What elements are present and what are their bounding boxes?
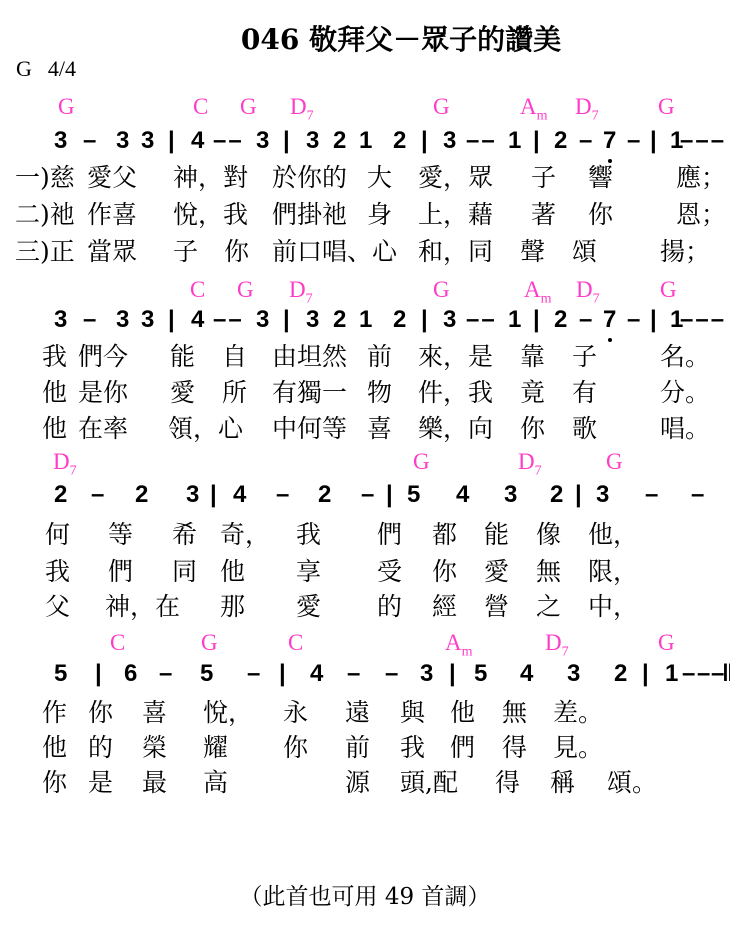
lyric-text: 奇，: [220, 521, 270, 550]
note-digit: 1: [508, 127, 523, 156]
note-digit: 2: [135, 481, 150, 510]
key-letter: G: [16, 56, 32, 81]
bar-line: |: [210, 481, 217, 510]
note-digit: 3: [141, 127, 156, 156]
note-digit: 5: [200, 660, 215, 689]
lyric-text: 在率: [78, 415, 128, 444]
lyric-text: 作: [42, 699, 67, 728]
lyric-text: 一)慈: [15, 164, 75, 193]
lyric-text: 源: [345, 769, 370, 798]
note-digit: 1: [508, 306, 523, 335]
note-digit: 3: [596, 481, 611, 510]
lyric-text: 你: [88, 699, 113, 728]
note-digit: 3: [306, 127, 321, 156]
lyric-text: 無: [536, 558, 561, 587]
lyric-text: 受: [377, 558, 402, 587]
chord-symbol: G: [201, 631, 218, 654]
lyric-text: 永: [283, 699, 308, 728]
lyric-text: 你: [588, 201, 613, 230]
note-digit: ––: [466, 306, 497, 335]
lyric-text: 你: [432, 558, 457, 587]
lyric-text: 喜: [367, 415, 392, 444]
lyric-text: 響: [588, 164, 613, 193]
lyric-text: 領，心: [168, 415, 243, 444]
lyric-text: 子: [531, 164, 556, 193]
lyric-text: 們: [450, 734, 475, 763]
lyric-text: 由坦然: [272, 343, 347, 372]
lyric-text: 他: [42, 415, 67, 444]
lyric-text: 靠: [520, 343, 545, 372]
note-digit: –: [579, 127, 594, 156]
lyric-text: 你: [42, 769, 67, 798]
bar-line: |: [168, 306, 175, 335]
chord-symbol: G: [433, 278, 450, 301]
note-digit: 5: [54, 660, 69, 689]
bar-line: |: [421, 127, 428, 156]
chord-symbol: Am: [445, 631, 473, 654]
bar-line: |: [283, 127, 290, 156]
note-digit: –: [159, 660, 174, 689]
note-digit: 2: [554, 127, 569, 156]
lyric-text: 們今: [78, 343, 128, 372]
lyric-text: 恩；: [676, 201, 726, 230]
lyric-text: 他: [42, 379, 67, 408]
lyric-text: 中何等: [272, 415, 347, 444]
note-digit: –: [83, 306, 98, 335]
chord-symbol: D7: [290, 95, 314, 118]
bar-line: |: [421, 306, 428, 335]
lyric-text: 前: [345, 734, 370, 763]
note-digit: –: [361, 481, 376, 510]
chord-symbol: C: [193, 95, 208, 118]
note-digit: 1: [665, 660, 680, 689]
bar-line: |: [575, 481, 582, 510]
note-digit: –: [91, 481, 106, 510]
note-digit: 6: [124, 660, 139, 689]
note-digit: 7: [603, 127, 618, 156]
lyric-text: 前: [367, 343, 392, 372]
lyric-text: 們: [377, 521, 402, 550]
note-digit: 2: [393, 127, 408, 156]
note-digit: 4: [520, 660, 535, 689]
lyric-text: 身: [367, 201, 392, 230]
note-digit: –: [347, 660, 362, 689]
lyric-text: 三)正: [15, 238, 75, 267]
chord-symbol: G: [413, 450, 430, 473]
chord-symbol: D7: [518, 450, 542, 473]
lyric-text: 悅，我: [173, 201, 248, 230]
lyric-text: 耀: [203, 734, 228, 763]
note-digit: –: [627, 127, 642, 156]
lyric-text: 等: [108, 521, 133, 550]
lyric-text: 你: [283, 734, 308, 763]
chord-symbol: Am: [520, 95, 548, 118]
lyric-text: 能: [170, 343, 195, 372]
note-digit: –: [579, 306, 594, 335]
note-digit: 2: [333, 127, 348, 156]
note-digit: 1: [359, 127, 374, 156]
lyric-text: 都: [432, 521, 457, 550]
lyric-text: 經: [432, 593, 457, 622]
note-digit: 7: [603, 306, 618, 335]
lyric-text: 愛父: [87, 164, 137, 193]
bar-line: |: [533, 127, 540, 156]
lyric-text: 上，藉: [418, 201, 493, 230]
lyric-text: 應；: [676, 164, 726, 193]
lyric-text: 前口唱、心: [272, 238, 397, 267]
bar-line: |: [283, 306, 290, 335]
lyric-text: 頌。: [607, 769, 657, 798]
lyric-text: 的: [88, 734, 113, 763]
lyric-text: 歌: [572, 415, 597, 444]
note-digit: 3: [420, 660, 435, 689]
lyric-text: 有: [572, 379, 597, 408]
lyric-text: 他，: [588, 521, 638, 550]
note-digit: 3: [256, 306, 271, 335]
chord-symbol: D7: [576, 278, 600, 301]
note-digit: 3: [306, 306, 321, 335]
lyric-text: 那: [220, 593, 245, 622]
chord-symbol: G: [237, 278, 254, 301]
lyric-text: 你: [224, 238, 249, 267]
lyric-text: 頭,配: [400, 769, 458, 798]
lyric-text: 能: [484, 521, 509, 550]
note-digit: –: [645, 481, 660, 510]
lyric-text: 喜: [142, 699, 167, 728]
chord-symbol: D7: [575, 95, 599, 118]
lyric-text: 父: [45, 593, 70, 622]
key-signature: G4/4: [16, 56, 76, 82]
note-digit: 2: [318, 481, 333, 510]
lyric-text: 分。: [660, 379, 710, 408]
song-title: 046 敬拜父－眾子的讚美: [241, 18, 561, 58]
lyric-text: 神，對: [173, 164, 248, 193]
lyric-text: 聲: [520, 238, 545, 267]
lyric-text: 二)祂: [15, 201, 75, 230]
note-digit: 3: [443, 127, 458, 156]
footer-note: （此首也可用 49 首調）: [0, 878, 730, 911]
lyric-text: 他: [42, 734, 67, 763]
lyric-text: 你: [520, 415, 545, 444]
lyric-text: 愛: [170, 379, 195, 408]
note-digit: –––: [680, 127, 726, 156]
chord-symbol: G: [658, 95, 675, 118]
note-digit: 3: [186, 481, 201, 510]
note-digit: 4: [310, 660, 325, 689]
chord-symbol: D7: [289, 278, 313, 301]
chord-symbol: G: [658, 631, 675, 654]
lyric-text: 所: [222, 379, 247, 408]
lyric-text: 得: [502, 734, 527, 763]
lyric-text: 自: [222, 343, 247, 372]
lyric-text: 於你的: [272, 164, 347, 193]
bar-line: |: [168, 127, 175, 156]
lyric-text: 我: [296, 521, 321, 550]
lyric-text: 像: [536, 521, 561, 550]
note-digit: 2: [393, 306, 408, 335]
lyric-text: 希: [172, 521, 197, 550]
note-digit: 2: [54, 481, 69, 510]
note-digit: 3: [256, 127, 271, 156]
note-digit: 2: [554, 306, 569, 335]
bar-line: |: [449, 660, 456, 689]
lyric-text: 何: [45, 521, 70, 550]
lyric-text: 限，: [588, 558, 638, 587]
lyric-text: 子: [572, 343, 597, 372]
lyric-text: 們掛祂: [272, 201, 347, 230]
note-digit: 3: [116, 127, 131, 156]
note-digit: 4: [233, 481, 248, 510]
lyric-text: 中，: [588, 593, 638, 622]
lyric-text: 最: [142, 769, 167, 798]
lyric-text: 我: [400, 734, 425, 763]
lyric-text: 稱: [550, 769, 575, 798]
lyric-text: 遠: [345, 699, 370, 728]
chord-symbol: G: [660, 278, 677, 301]
bar-line: |: [650, 127, 657, 156]
note-digit: 3: [567, 660, 582, 689]
lyric-text: 無: [502, 699, 527, 728]
lyric-text: 得: [495, 769, 520, 798]
note-digit: 3: [116, 306, 131, 335]
lyric-text: 來，是: [418, 343, 493, 372]
bar-line: |: [642, 660, 649, 689]
note-digit: –: [627, 306, 642, 335]
chord-symbol: Am: [524, 278, 552, 301]
note-digit: 3: [504, 481, 519, 510]
lyric-text: 愛，眾: [418, 164, 493, 193]
lyric-text: 差。: [553, 699, 603, 728]
note-digit: 5: [474, 660, 489, 689]
lyric-text: 同: [172, 558, 197, 587]
note-digit: 4: [456, 481, 471, 510]
note-digit: –: [682, 660, 697, 689]
lyric-text: 和，同: [418, 238, 493, 267]
lyric-text: 之: [536, 593, 561, 622]
note-digit: ––: [213, 306, 244, 335]
bar-line: |: [95, 660, 102, 689]
bar-line: ‖: [722, 660, 730, 689]
lyric-text: 是: [88, 769, 113, 798]
lyric-text: 竟: [520, 379, 545, 408]
lyric-text: 子: [173, 238, 198, 267]
chord-symbol: D7: [545, 631, 569, 654]
lyric-text: 見。: [553, 734, 603, 763]
sheet-music-page: 046 敬拜父－眾子的讚美 G4/4 GCGD7GAmD7G3–33|4––3|…: [0, 0, 730, 926]
chord-symbol: C: [110, 631, 125, 654]
note-digit: 4: [191, 127, 206, 156]
chord-symbol: D7: [53, 450, 77, 473]
lyric-text: 悅，: [203, 699, 253, 728]
note-digit: 2: [333, 306, 348, 335]
note-digit: –––: [680, 306, 726, 335]
lyric-text: 我: [42, 343, 67, 372]
note-digit: –: [83, 127, 98, 156]
lyric-text: 物: [367, 379, 392, 408]
lyric-text: 大: [367, 164, 392, 193]
lyric-text: 的: [377, 593, 402, 622]
note-digit: 3: [443, 306, 458, 335]
lyric-text: 有獨一: [272, 379, 347, 408]
bar-line: |: [279, 660, 286, 689]
note-digit: 2: [550, 481, 565, 510]
bar-line: |: [386, 481, 393, 510]
lyric-text: 他: [220, 558, 245, 587]
chord-symbol: G: [58, 95, 75, 118]
time-signature: 4/4: [48, 56, 76, 81]
note-digit: 3: [54, 127, 69, 156]
lyric-text: 我: [45, 558, 70, 587]
lyric-text: 唱。: [660, 415, 710, 444]
lyric-text: 當眾: [87, 238, 137, 267]
chord-symbol: G: [433, 95, 450, 118]
lyric-text: 樂，向: [418, 415, 493, 444]
lyric-text: 營: [484, 593, 509, 622]
lyric-text: 名。: [660, 343, 710, 372]
lyric-text: 揚；: [660, 238, 710, 267]
note-digit: –: [385, 660, 400, 689]
note-digit: 2: [614, 660, 629, 689]
chord-symbol: C: [288, 631, 303, 654]
lyric-text: 頌: [572, 238, 597, 267]
note-digit: ––: [466, 127, 497, 156]
lyric-text: 神，在: [105, 593, 180, 622]
lyric-text: 高: [203, 769, 228, 798]
note-digit: 1: [359, 306, 374, 335]
bar-line: |: [533, 306, 540, 335]
note-digit: ––: [213, 127, 244, 156]
chord-symbol: G: [606, 450, 623, 473]
lyric-text: 著: [531, 201, 556, 230]
lyric-text: 們: [108, 558, 133, 587]
note-digit: –: [691, 481, 706, 510]
note-digit: 4: [191, 306, 206, 335]
note-digit: –: [247, 660, 262, 689]
lyric-text: 他: [450, 699, 475, 728]
lyric-text: 件，我: [418, 379, 493, 408]
bar-line: |: [650, 306, 657, 335]
lyric-text: 與: [400, 699, 425, 728]
chord-symbol: G: [240, 95, 257, 118]
lyric-text: 愛: [484, 558, 509, 587]
note-digit: 3: [141, 306, 156, 335]
lyric-text: 是你: [78, 379, 128, 408]
lyric-text: 享: [296, 558, 321, 587]
note-digit: 5: [407, 481, 422, 510]
note-digit: –: [276, 481, 291, 510]
lyric-text: 愛: [296, 593, 321, 622]
chord-symbol: C: [190, 278, 205, 301]
lyric-text: 作喜: [87, 201, 137, 230]
note-digit: 3: [54, 306, 69, 335]
lyric-text: 榮: [142, 734, 167, 763]
